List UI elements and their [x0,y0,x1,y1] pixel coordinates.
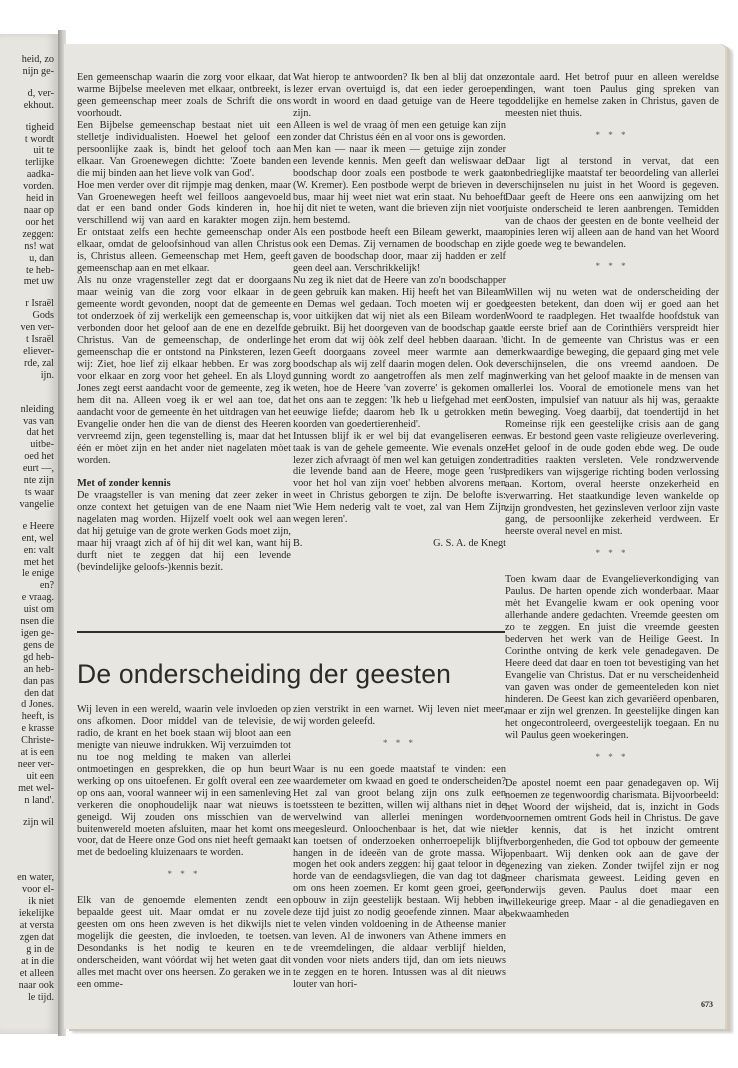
prev-fragment: nleidingvas vandat hetuitbe-oed heteurt … [0,404,54,511]
article-top-column-2: Wat hierop te antwoorden? Ik ben al blij… [293,72,506,550]
paragraph: Als nu onze vragensteller zegt dat er do… [77,275,291,466]
paragraph: zien verstrikt in een warnet. Wij leven … [293,704,506,728]
section-divider [77,631,505,633]
paragraph: Daar ligt al terstond in vervat, dat een… [505,156,719,252]
page-number: 673 [701,1000,713,1009]
signature-line: B. G. S. A. de Knegt [293,538,506,550]
prev-fragment: heid, zonijn ge- [0,54,54,78]
paragraph: zontale aard. Het betrof puur en alleen … [505,72,719,120]
paragraph: De apostel noemt een paar genadegaven op… [505,778,719,921]
paragraph: Wat hierop te antwoorden? Ik ben al blij… [293,72,506,120]
paragraph: Waar is nu een goede maatstaf te vinden:… [293,764,506,991]
prev-fragment: d, ver-ekhout. [0,88,54,112]
paragraph: Hoe men verder over dit rijmpje mag denk… [77,180,291,276]
prev-fragment: zijn wil [0,817,54,829]
magazine-page: Een gemeenschap waarin die zorg voor elk… [64,44,725,1029]
paragraph: Willen wij nu weten wat de onderscheidin… [505,287,719,538]
article-bottom-column-3: zontale aard. Het betrof puur en alleen … [505,72,719,921]
section-separator: * * * [505,261,719,273]
prev-fragment: r IsraëlGodsven ver-t Israëleliever-rde,… [0,298,54,381]
article-top-column-1: Een gemeenschap waarin die zorg voor elk… [77,72,291,574]
prev-fragment: e Heereent, welen: valtmet hetle enigeen… [0,521,54,807]
previous-page-column: heid, zonijn ge- d, ver-ekhout. tigheidt… [0,54,54,1013]
previous-page-edge: heid, zonijn ge- d, ver-ekhout. tigheidt… [0,34,58,1034]
paragraph: Als een postbode heeft een Bileam gewerk… [293,227,506,275]
article-headline: De onderscheiding der geesten [77,659,517,690]
section-separator: * * * [505,130,719,142]
author-name: G. S. A. de Knegt [433,538,506,550]
prev-fragment: tigheidt wordtuit teterlijkeaadka-vorden… [0,122,54,289]
prev-fragment: en water,voor el-ik nietiekelijkeat vers… [0,872,54,1003]
paragraph: Nu zeg ik niet dat de Heere van zo'n boo… [293,275,506,430]
paragraph: Een gemeenschap waarin die zorg voor elk… [77,72,291,120]
section-separator: * * * [293,738,506,750]
paragraph: De vraagsteller is van mening dat zeer z… [77,490,291,574]
section-separator: * * * [505,752,719,764]
paragraph: Men kan — naar ik meen — getuige zijn zo… [293,144,506,228]
section-separator: * * * [77,869,291,881]
paragraph: Intussen blijf ik er wel bij dat evangel… [293,431,506,527]
paragraph: Elk van de genoemde elementen zendt een … [77,895,291,991]
subheading: Met of zonder kennis [77,478,291,490]
paragraph: Een Bijbelse gemeenschap bestaat niet ui… [77,120,291,180]
article-bottom-column-2: zien verstrikt in een warnet. Wij leven … [293,704,506,991]
paragraph: Alleen is wel de vraag òf men een getuig… [293,120,506,144]
signature-location: B. [293,538,302,550]
section-separator: * * * [505,548,719,560]
paragraph: Wij leven in een wereld, waarin vele inv… [77,704,291,859]
paragraph: Toen kwam daar de Evangelieverkondiging … [505,574,719,741]
article-bottom-column-1: Wij leven in een wereld, waarin vele inv… [77,704,291,991]
